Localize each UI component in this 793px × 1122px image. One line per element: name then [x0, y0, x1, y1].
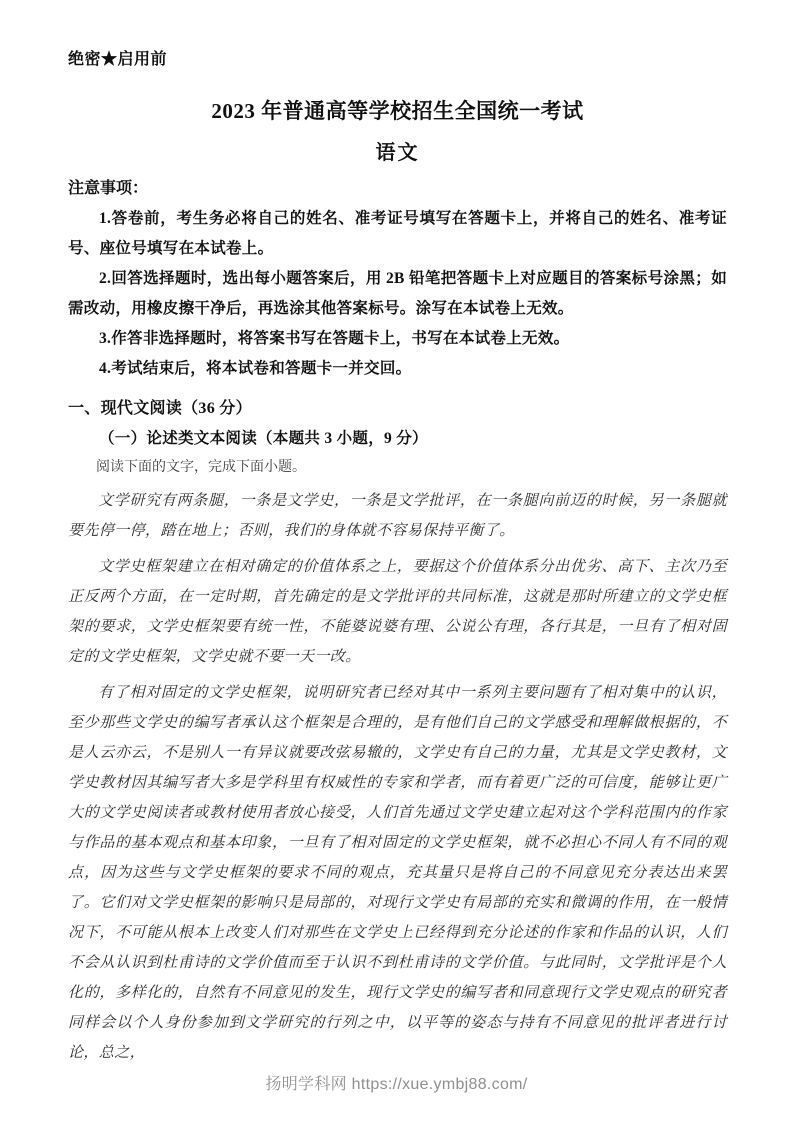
notice-item-4: 4.考试结束后，将本试卷和答题卡一并交回。 — [68, 354, 727, 384]
security-classification-label: 绝密★启用前 — [68, 50, 727, 70]
passage-paragraph-3: 有了相对固定的文学史框架，说明研究者已经对其中一系列主要问题有了相对集中的认识，… — [68, 678, 727, 1068]
notice-item-1: 1.答卷前，考生务必将自己的姓名、准考证号填写在答题卡上，并将自己的姓名、准考证… — [68, 204, 727, 264]
reading-passage: 文学研究有两条腿，一条是文学史，一条是文学批评，在一条腿向前迈的时候，另一条腿就… — [68, 486, 727, 1068]
section-heading-modern-reading: 一、现代文阅读（36 分） — [68, 394, 727, 424]
notice-item-3: 3.作答非选择题时，将答案书写在答题卡上，书写在本试卷上无效。 — [68, 324, 727, 354]
watermark-site-url: 扬明学科网 https://xue.ymbj88.com/ — [0, 1071, 793, 1094]
subsection-heading-argumentative-reading: （一）论述类文本阅读（本题共 3 小题，9 分） — [68, 424, 727, 454]
exam-paper-page: 绝密★启用前 2023 年普通高等学校招生全国统一考试 语文 注意事项： 1.答… — [0, 0, 793, 1122]
passage-paragraph-2: 文学史框架建立在相对确定的价值体系之上，要据这个价值体系分出优劣、高下、主次乃至… — [68, 552, 727, 672]
notice-item-2: 2.回答选择题时，选出每小题答案后，用 2B 铅笔把答题卡上对应题目的答案标号涂… — [68, 264, 727, 324]
exam-subject-title: 语文 — [68, 140, 727, 166]
reading-instruction: 阅读下面的文字，完成下面小题。 — [68, 454, 727, 482]
exam-title: 2023 年普通高等学校招生全国统一考试 — [68, 96, 727, 126]
passage-paragraph-1: 文学研究有两条腿，一条是文学史，一条是文学批评，在一条腿向前迈的时候，另一条腿就… — [68, 486, 727, 546]
notices-heading: 注意事项： — [68, 178, 727, 200]
